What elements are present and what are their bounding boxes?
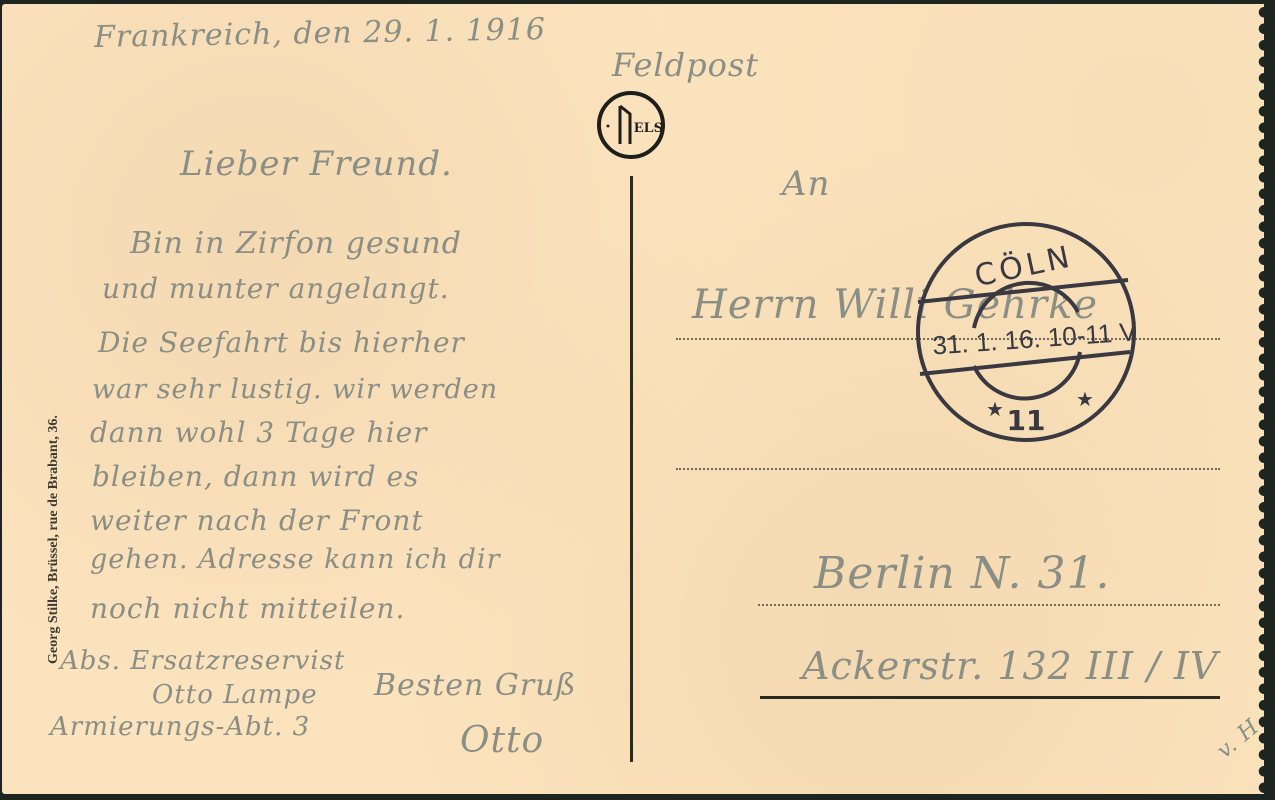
address-line-3: [758, 604, 1220, 606]
perforated-edge: [1254, 4, 1264, 794]
closing-greeting: Besten Gruß: [374, 668, 577, 703]
svg-text:★: ★: [986, 397, 1004, 421]
sender-name: Otto Lampe: [152, 680, 318, 710]
nels-logo-icon: ELS: [596, 90, 666, 160]
postcard-back: Frankreich, den 29. 1. 1916 Feldpost ELS…: [2, 4, 1264, 794]
address-city: Berlin N. 31.: [814, 548, 1111, 599]
address-prefix: An: [782, 164, 830, 204]
message-line: war sehr lustig. wir werden: [92, 374, 498, 405]
svg-text:ELS: ELS: [634, 120, 662, 136]
message-line: gehen. Adresse kann ich dir: [90, 544, 501, 575]
message-line: noch nicht mitteilen.: [90, 592, 405, 625]
message-line: Bin in Zirfon gesund: [130, 226, 462, 261]
svg-text:11: 11: [1007, 404, 1046, 437]
address-line-4: [760, 696, 1220, 699]
message-line: Die Seefahrt bis hierher: [98, 326, 465, 359]
message-line: dann wohl 3 Tage hier: [90, 416, 428, 449]
address-line-2: [676, 468, 1220, 470]
feldpost-handwriting: Feldpost: [612, 46, 759, 84]
message-salutation: Lieber Freund.: [180, 144, 453, 184]
sender-line: Abs. Ersatzreservist: [60, 646, 345, 676]
svg-text:★: ★: [1076, 387, 1094, 411]
message-line: und munter angelangt.: [102, 272, 450, 305]
postmark-stamp-icon: CÖLN 31. 1. 16. 10-11 V 11 ★ ★: [910, 216, 1142, 448]
message-line: weiter nach der Front: [90, 504, 424, 537]
place-date-handwriting: Frankreich, den 29. 1. 1916: [94, 12, 547, 55]
address-street: Ackerstr. 132 III / IV: [802, 644, 1218, 688]
signature: Otto: [460, 720, 544, 761]
center-divider-line: [630, 176, 633, 762]
publisher-imprint: Georg Stilke, Brüssel, rue de Brabant, 3…: [46, 415, 62, 664]
message-line: bleiben, dann wird es: [92, 460, 419, 493]
sender-unit: Armierungs-Abt. 3: [50, 712, 310, 742]
